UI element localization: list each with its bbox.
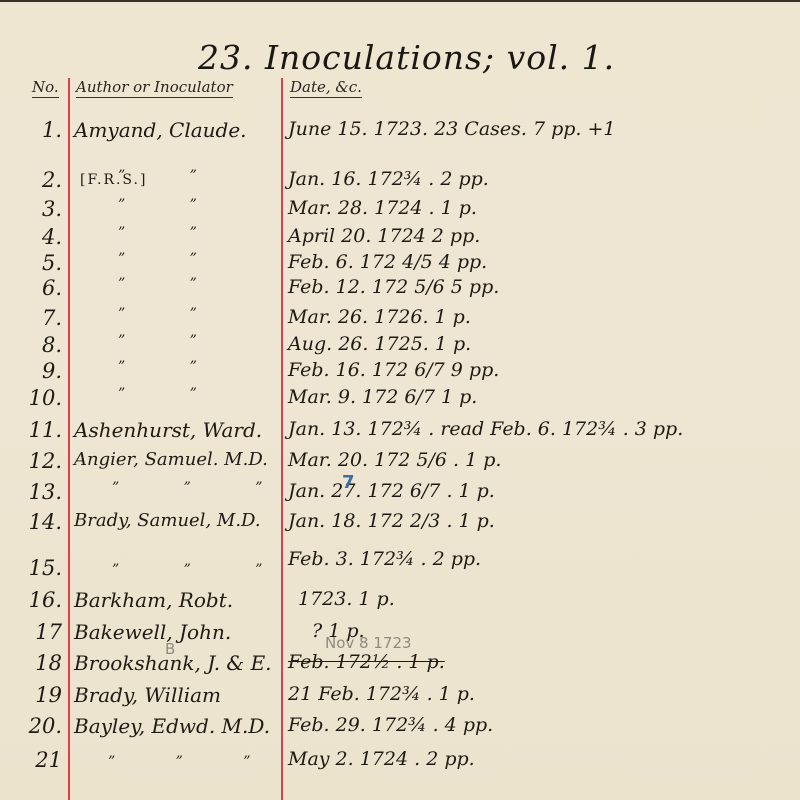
entry-number: 11. [29, 418, 62, 442]
entry-author: Amyand, Claude. [74, 118, 247, 142]
table-row: 14. Brady, Samuel, M.D. Jan. 18. 172 2/3… [0, 510, 800, 538]
table-row: 9. ” ” Feb. 16. 172 6/7 9 pp. [0, 359, 800, 387]
entry-date: 21 Feb. 172¾ . 1 p. [288, 683, 475, 705]
entry-date: Jan. 27. 172 6/7 . 1 p. [288, 480, 495, 502]
entry-number: 7. [42, 306, 62, 330]
entry-number: 17 [35, 620, 62, 644]
table-row: 1. Amyand, Claude. June 15. 1723. 23 Cas… [0, 118, 800, 146]
entry-number: 12. [29, 449, 62, 473]
entry-number: 14. [29, 510, 62, 534]
entry-date: Mar. 9. 172 6/7 1 p. [288, 386, 477, 408]
pencil-date-note: Nov 8 1723 [325, 634, 412, 652]
entry-author-ditto: ” ” [118, 276, 197, 292]
entry-date: Jan. 13. 172¾ . read Feb. 6. 172¾ . 3 pp… [288, 418, 683, 440]
table-row: 8. ” ” Aug. 26. 1725. 1 p. [0, 333, 800, 361]
entry-author-ditto: ” ” [118, 225, 197, 241]
entry-author-ditto: ” ” ” [112, 480, 262, 496]
entry-author-ditto: ” ” [118, 197, 197, 213]
header-number: No. [32, 78, 59, 98]
entry-number: 1. [42, 118, 62, 142]
entry-date: Mar. 20. 172 5/6 . 1 p. [288, 449, 501, 471]
entry-author-ditto: ” ” [118, 386, 197, 402]
entry-number: 16. [29, 588, 62, 612]
entry-author: Ashenhurst, Ward. [74, 418, 262, 442]
entry-author-ditto: ” ” [118, 333, 197, 349]
table-row: 10. ” ” Mar. 9. 172 6/7 1 p. [0, 386, 800, 414]
entry-date: Jan. 16. 172¾ . 2 pp. [288, 168, 489, 190]
page-top-edge [0, 0, 800, 2]
entry-author: Angier, Samuel. M.D. [74, 449, 268, 470]
entry-number: 3. [42, 197, 62, 221]
table-row: 5. ” ” Feb. 6. 172 4/5 4 pp. [0, 251, 800, 279]
entry-number: 9. [42, 359, 62, 383]
entry-date: April 20. 1724 2 pp. [288, 225, 480, 247]
entry-author: Barkham, Robt. [74, 588, 233, 612]
table-row: 15. ” ” ” Feb. 3. 172¾ . 2 pp. [0, 548, 800, 576]
entry-date: 1723. 1 p. [298, 588, 395, 610]
entry-date: May 2. 1724 . 2 pp. [288, 748, 475, 770]
table-row: 13. ” ” ” Jan. 27. 172 6/7 . 1 p. [0, 480, 800, 508]
entry-number: 20. [29, 714, 62, 738]
entry-date: Jan. 18. 172 2/3 . 1 p. [288, 510, 495, 532]
table-row: 7. ” ” Mar. 26. 1726. 1 p. [0, 306, 800, 334]
entry-number: 19 [35, 683, 62, 707]
entry-date: Feb. 29. 172¾ . 4 pp. [288, 714, 493, 736]
entry-date: Feb. 16. 172 6/7 9 pp. [288, 359, 499, 381]
blue-correction-mark: 7 [342, 472, 355, 493]
entry-number: 21 [35, 748, 62, 772]
entry-number: 13. [29, 480, 62, 504]
entry-date: June 15. 1723. 23 Cases. 7 pp. +1 [288, 118, 616, 140]
entry-date: Mar. 26. 1726. 1 p. [288, 306, 471, 328]
entry-number: 4. [42, 225, 62, 249]
header-date: Date, &c. [290, 78, 362, 98]
table-row: 20. Bayley, Edwd. M.D. Feb. 29. 172¾ . 4… [0, 714, 800, 742]
entry-author-ditto: ” ” [118, 306, 197, 322]
table-row: 2. ” ” Jan. 16. 172¾ . 2 pp. [0, 168, 800, 196]
table-row: 4. ” ” April 20. 1724 2 pp. [0, 225, 800, 253]
entry-author: Bakewell, John. [74, 620, 231, 644]
table-row: 6. ” ” Feb. 12. 172 5/6 5 pp. [0, 276, 800, 304]
entry-number: 6. [42, 276, 62, 300]
table-row: 12. Angier, Samuel. M.D. Mar. 20. 172 5/… [0, 449, 800, 477]
entry-number: 15. [29, 556, 62, 580]
entry-date: Feb. 3. 172¾ . 2 pp. [288, 548, 481, 570]
entry-author: Brookshank, J. & E. [74, 651, 272, 675]
table-row: 3. ” ” Mar. 28. 1724 . 1 p. [0, 197, 800, 225]
entry-author-ditto: ” ” [118, 168, 197, 184]
entry-date: Mar. 28. 1724 . 1 p. [288, 197, 477, 219]
entry-author: Bayley, Edwd. M.D. [74, 714, 270, 738]
entry-author-ditto: ” ” [118, 251, 197, 267]
entry-author: Brady, William [74, 683, 221, 707]
entry-date: Feb. 6. 172 4/5 4 pp. [288, 251, 487, 273]
entry-date: Aug. 26. 1725. 1 p. [288, 333, 471, 355]
entry-author-ditto: ” ” ” [112, 562, 262, 578]
entry-author-ditto: ” ” ” [108, 754, 250, 770]
entry-author: Brady, Samuel, M.D. [74, 510, 261, 531]
entry-date: Feb. 12. 172 5/6 5 pp. [288, 276, 499, 298]
header-author: Author or Inoculator [76, 78, 233, 98]
entry-author-ditto: ” ” [118, 359, 197, 375]
table-row: 19 Brady, William 21 Feb. 172¾ . 1 p. [0, 683, 800, 711]
entry-date: Feb. 172½ . 1 p. [288, 651, 445, 673]
table-row: 16. Barkham, Robt. 1723. 1 p. [0, 588, 800, 616]
entry-number: 18 [35, 651, 62, 675]
entry-number: 5. [42, 251, 62, 275]
entry-number: 10. [29, 386, 62, 410]
entry-number: 2. [42, 168, 62, 192]
entry-number: 8. [42, 333, 62, 357]
table-row: 21 ” ” ” May 2. 1724 . 2 pp. [0, 748, 800, 776]
table-row: 18 Brookshank, J. & E. Feb. 172½ . 1 p. [0, 651, 800, 679]
page-title: 23. Inoculations; vol. 1. [198, 38, 615, 77]
table-row: 11. Ashenhurst, Ward. Jan. 13. 172¾ . re… [0, 418, 800, 446]
